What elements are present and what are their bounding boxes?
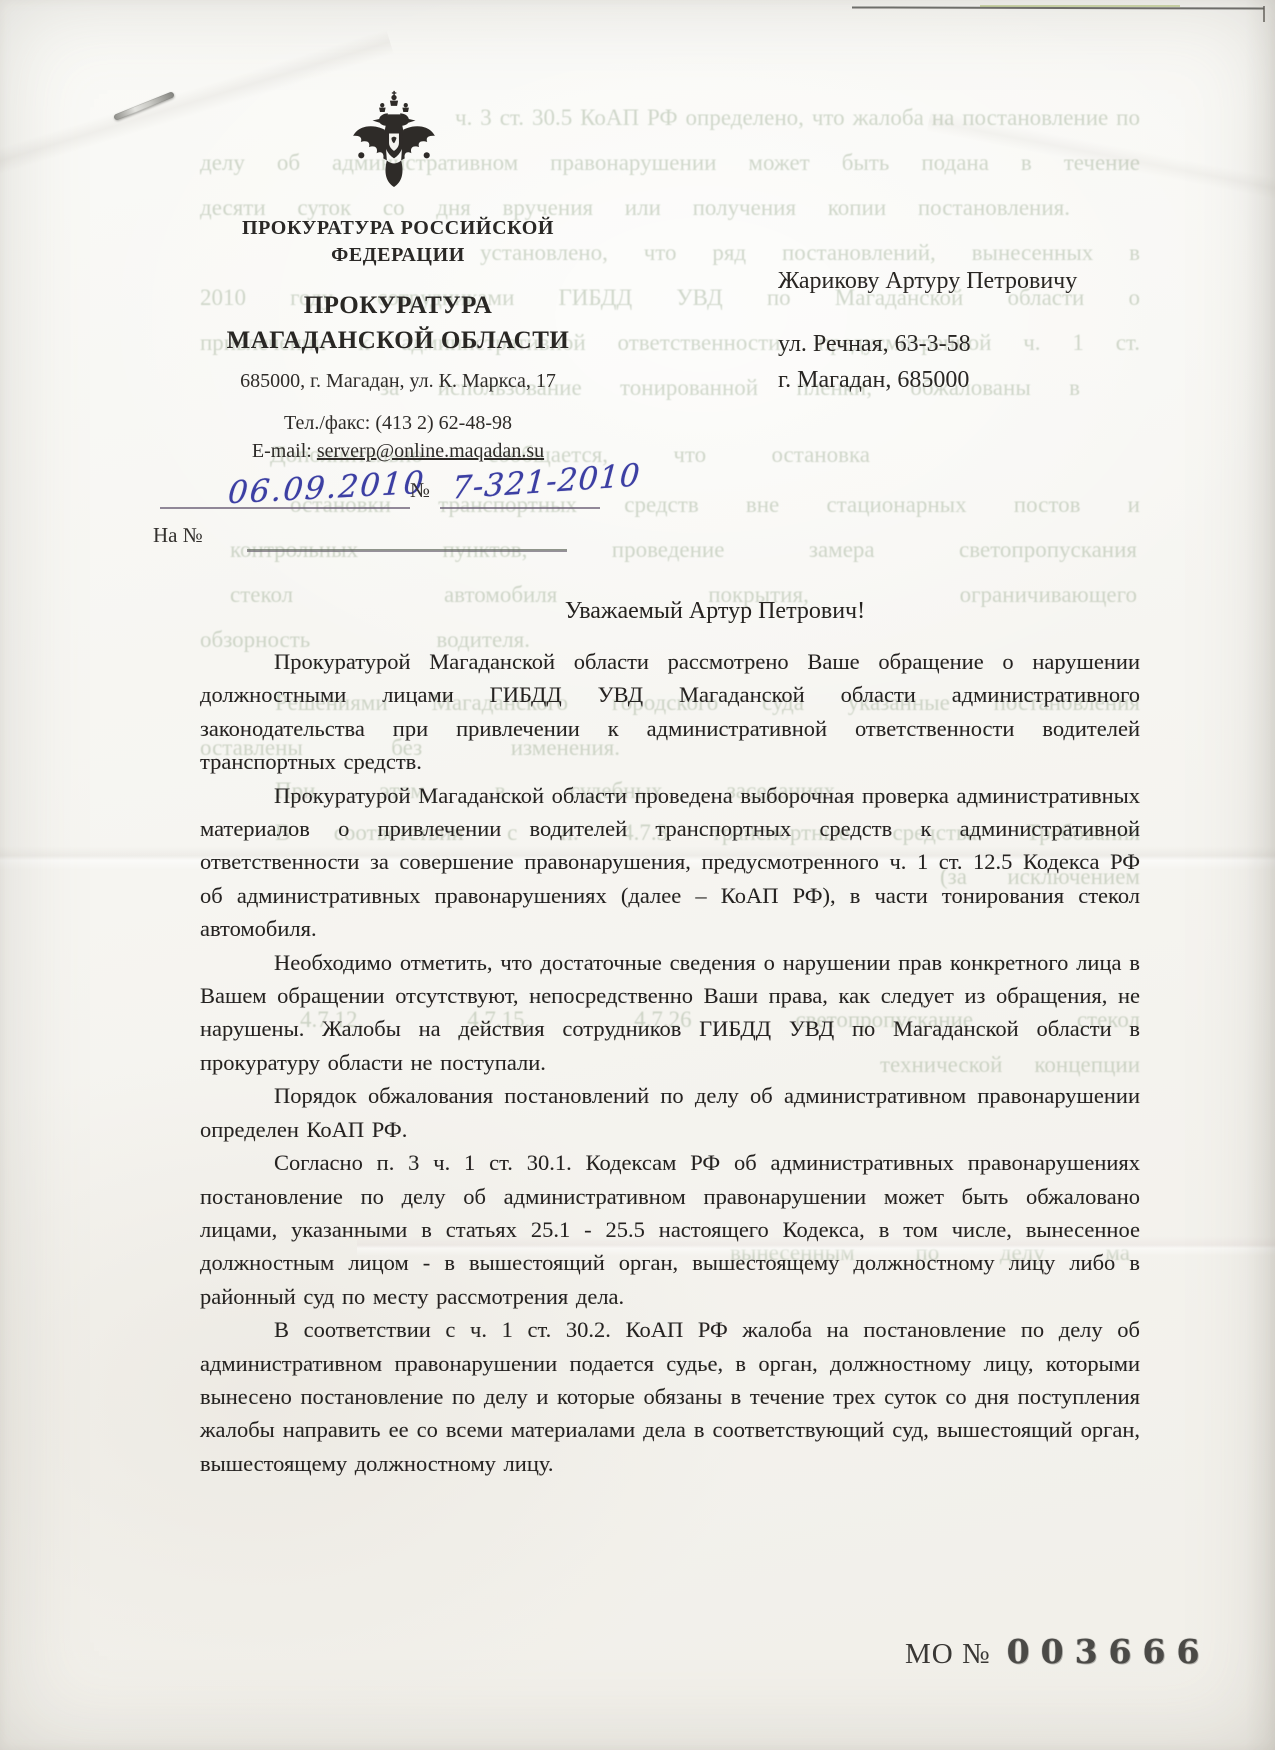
recipient-name: Жарикову Артуру Петровичу — [778, 268, 1148, 295]
body-paragraph: В соответствии с ч. 1 ст. 30.2. КоАП РФ … — [200, 1313, 1140, 1480]
email-address: serverp@online.maqadan.su — [317, 440, 544, 462]
coat-of-arms-icon — [348, 90, 440, 194]
reply-reference-underline — [247, 549, 567, 552]
org-address: 685000, г. Магадан, ул. К. Маркса, 17 — [188, 370, 608, 393]
body-paragraph: Прокуратурой Магаданской области проведе… — [200, 779, 1140, 946]
regional-title-line1: ПРОКУРАТУРА — [188, 288, 608, 323]
outgoing-number-handwriting: 7-321-2010 — [451, 457, 642, 506]
letter-body: Прокуратурой Магаданской области рассмот… — [200, 645, 1140, 1480]
stamp-prefix: МО № — [905, 1638, 991, 1670]
scanned-letter-page: ч. 3 ст. 30.5 КоАП РФ определено, что жа… — [0, 0, 1275, 1750]
scan-edge-tint — [980, 5, 1180, 7]
body-paragraph: Согласно п. 3 ч. 1 ст. 30.1. Кодексам РФ… — [200, 1146, 1140, 1313]
number-underline — [440, 507, 600, 509]
federation-org-title: ПРОКУРАТУРА РОССИЙСКОЙ ФЕДЕРАЦИИ — [188, 215, 608, 269]
regional-title-line2: МАГАДАНСКОЙ ОБЛАСТИ — [188, 323, 608, 358]
date-underline — [160, 507, 410, 509]
paper-crease — [927, 110, 1275, 212]
number-sign: № — [410, 478, 430, 503]
recipient-block: Жарикову Артуру Петровичу ул. Речная, 63… — [778, 268, 1148, 403]
body-paragraph: Необходимо отметить, что достаточные све… — [200, 946, 1140, 1080]
reply-reference-label: На № — [153, 523, 203, 548]
regional-org-title: ПРОКУРАТУРА МАГАДАНСКОЙ ОБЛАСТИ — [188, 288, 608, 358]
org-phone: Тел./факс: (413 2) 62-48-98 — [188, 412, 608, 435]
outgoing-date-handwriting: 06.09.2010 — [227, 465, 427, 512]
federation-title-line2: ФЕДЕРАЦИИ — [188, 242, 608, 269]
page-edge-shadow — [1245, 0, 1275, 1750]
paper-crease — [0, 29, 394, 188]
registration-stamp: МО № 003666 — [905, 1632, 1210, 1671]
body-paragraph: Прокуратурой Магаданской области рассмот… — [200, 645, 1140, 779]
body-paragraph: Порядок обжалования постановлений по дел… — [200, 1079, 1140, 1146]
stamp-number: 003666 — [1007, 1632, 1211, 1671]
recipient-city: г. Магадан, 685000 — [778, 367, 1148, 394]
recipient-street: ул. Речная, 63-3-58 — [778, 331, 1148, 358]
federation-title-line1: ПРОКУРАТУРА РОССИЙСКОЙ — [188, 215, 608, 242]
bleedthrough-text-line: делу об административном правонарушении … — [200, 148, 1140, 180]
email-label: E-mail: — [252, 440, 312, 462]
org-email: E-mail: serverp@online.maqadan.su — [188, 440, 608, 463]
salutation: Уважаемый Артур Петрович! — [290, 598, 1140, 625]
